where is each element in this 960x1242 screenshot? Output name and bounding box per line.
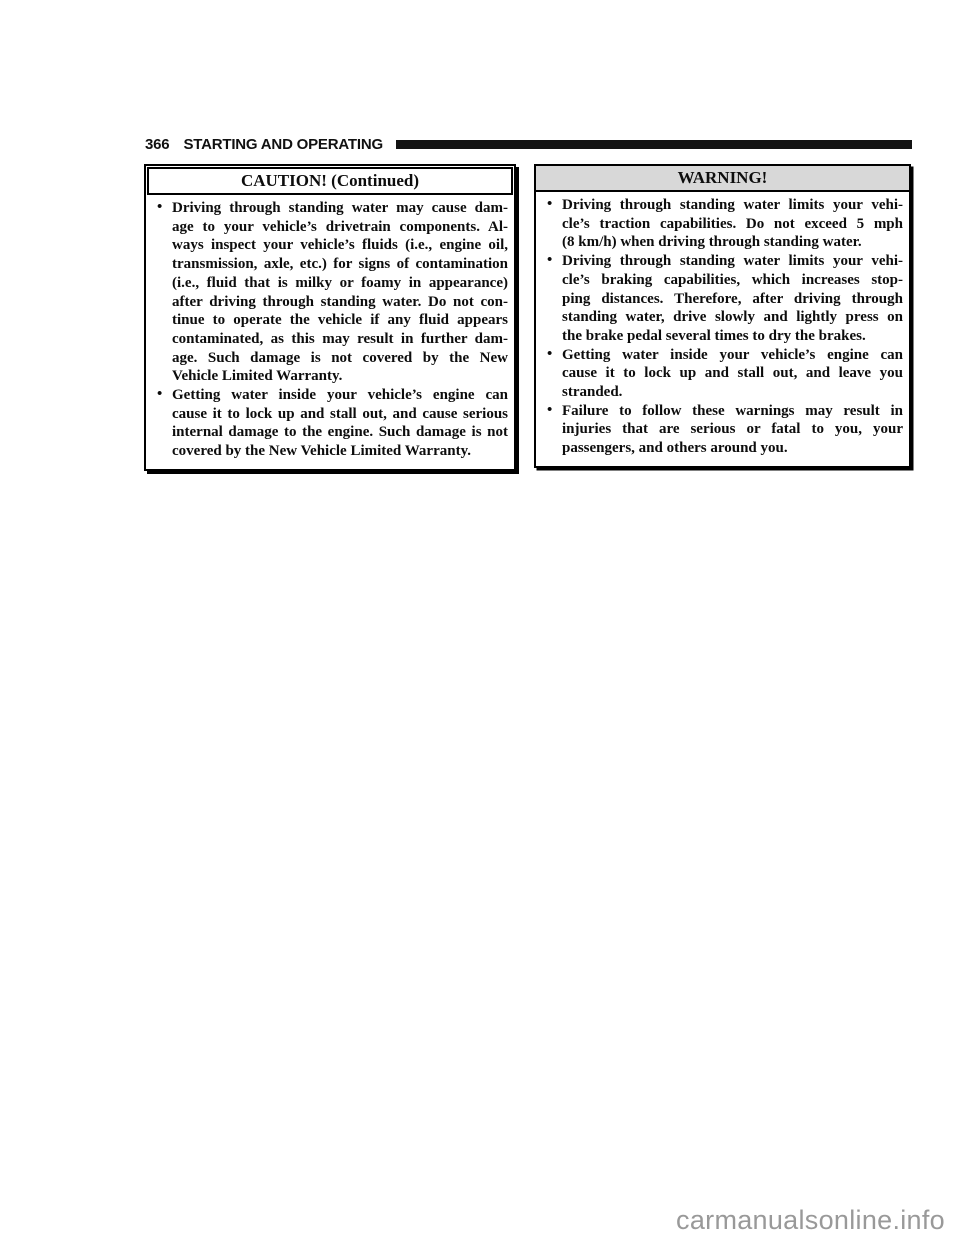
bullet-item: •Driving through standing water limits y… xyxy=(541,252,903,346)
text-line: Driving through standing water limits yo… xyxy=(562,196,903,215)
text-line: cause it to lock up and stall out, and c… xyxy=(172,405,508,424)
text-line: age. Such damage is not covered by the N… xyxy=(172,349,508,368)
warning-box: WARNING! •Driving through standing water… xyxy=(534,164,911,468)
bullet-item: •Failure to follow these warnings may re… xyxy=(541,402,903,458)
text-line: covered by the New Vehicle Limited Warra… xyxy=(172,442,508,461)
text-line: tinue to operate the vehicle if any flui… xyxy=(172,311,508,330)
section-title: STARTING AND OPERATING xyxy=(183,136,382,153)
bullet-item: •Getting water inside your vehicle’s eng… xyxy=(151,386,508,461)
text-line: age to your vehicle’s drivetrain compone… xyxy=(172,218,508,237)
header-rule-bar xyxy=(396,140,912,149)
text-line: Vehicle Limited Warranty. xyxy=(172,367,508,386)
caution-box-title: CAUTION! (Continued) xyxy=(147,167,513,195)
bullet-item: •Driving through standing water may caus… xyxy=(151,199,508,386)
text-line: (8 km/h) when driving through standing w… xyxy=(562,233,903,252)
text-line: the brake pedal several times to dry the… xyxy=(562,327,903,346)
caution-box-body: •Driving through standing water may caus… xyxy=(146,195,514,469)
page-number: 366 xyxy=(145,136,169,153)
text-line: (i.e., fluid that is milky or foamy in a… xyxy=(172,274,508,293)
bullet-icon: • xyxy=(547,251,552,270)
text-line: Driving through standing water may cause… xyxy=(172,199,508,218)
text-line: stranded. xyxy=(562,383,903,402)
bullet-icon: • xyxy=(157,198,162,217)
text-line: Failure to follow these warnings may res… xyxy=(562,402,903,421)
text-line: cle’s braking capabilities, which increa… xyxy=(562,271,903,290)
bullet-item: •Getting water inside your vehicle’s eng… xyxy=(541,346,903,402)
text-line: ping distances. Therefore, after driving… xyxy=(562,290,903,309)
text-line: internal damage to the engine. Such dama… xyxy=(172,423,508,442)
text-line: Getting water inside your vehicle’s engi… xyxy=(172,386,508,405)
bullet-icon: • xyxy=(157,385,162,404)
warning-box-body: •Driving through standing water limits y… xyxy=(536,192,909,466)
text-line: after driving through standing water. Do… xyxy=(172,293,508,312)
page-header: 366 STARTING AND OPERATING xyxy=(145,136,912,153)
warning-box-title: WARNING! xyxy=(536,166,909,192)
text-line: standing water, drive slowly and lightly… xyxy=(562,308,903,327)
bullet-icon: • xyxy=(547,401,552,420)
text-line: passengers, and others around you. xyxy=(562,439,903,458)
text-line: contaminated, as this may result in furt… xyxy=(172,330,508,349)
text-line: cle’s traction capabilities. Do not exce… xyxy=(562,215,903,234)
text-line: ways inspect your vehicle’s fluids (i.e.… xyxy=(172,236,508,255)
caution-box: CAUTION! (Continued) •Driving through st… xyxy=(144,164,516,471)
text-line: Getting water inside your vehicle’s engi… xyxy=(562,346,903,365)
bullet-icon: • xyxy=(547,345,552,364)
text-line: injuries that are serious or fatal to yo… xyxy=(562,420,903,439)
text-line: cause it to lock up and stall out, and l… xyxy=(562,364,903,383)
bullet-icon: • xyxy=(547,195,552,214)
bullet-item: •Driving through standing water limits y… xyxy=(541,196,903,252)
text-line: Driving through standing water limits yo… xyxy=(562,252,903,271)
watermark-text: carmanualsonline.info xyxy=(676,1205,945,1236)
text-line: transmission, axle, etc.) for signs of c… xyxy=(172,255,508,274)
